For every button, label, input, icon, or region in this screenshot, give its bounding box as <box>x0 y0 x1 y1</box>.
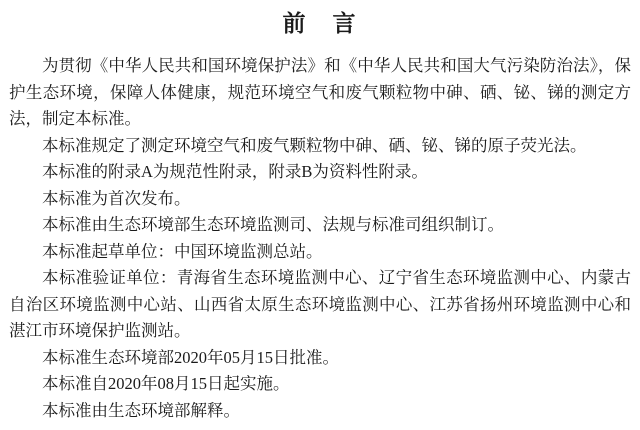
paragraph: 本标准的附录A为规范性附录，附录B为资料性附录。 <box>9 159 631 186</box>
paragraph: 本标准为首次发布。 <box>9 186 631 213</box>
paragraph: 本标准生态环境部2020年05月15日批准。 <box>9 345 631 372</box>
document-page: 前 言 为贯彻《中华人民共和国环境保护法》和《中华人民共和国大气污染防治法》，保… <box>0 0 640 430</box>
paragraph: 本标准起草单位：中国环境监测总站。 <box>9 239 631 266</box>
paragraph: 本标准由生态环境部解释。 <box>9 398 631 425</box>
paragraph: 本标准由生态环境部生态环境监测司、法规与标准司组织制订。 <box>9 212 631 239</box>
paragraph: 为贯彻《中华人民共和国环境保护法》和《中华人民共和国大气污染防治法》，保护生态环… <box>9 53 631 133</box>
paragraph: 本标准自2020年08月15日起实施。 <box>9 371 631 398</box>
page-title: 前 言 <box>9 8 631 40</box>
document-body: 为贯彻《中华人民共和国环境保护法》和《中华人民共和国大气污染防治法》，保护生态环… <box>9 53 631 424</box>
paragraph: 本标准验证单位：青海省生态环境监测中心、辽宁省生态环境监测中心、内蒙古自治区环境… <box>9 265 631 345</box>
paragraph: 本标准规定了测定环境空气和废气颗粒物中砷、硒、铋、锑的原子荧光法。 <box>9 133 631 160</box>
